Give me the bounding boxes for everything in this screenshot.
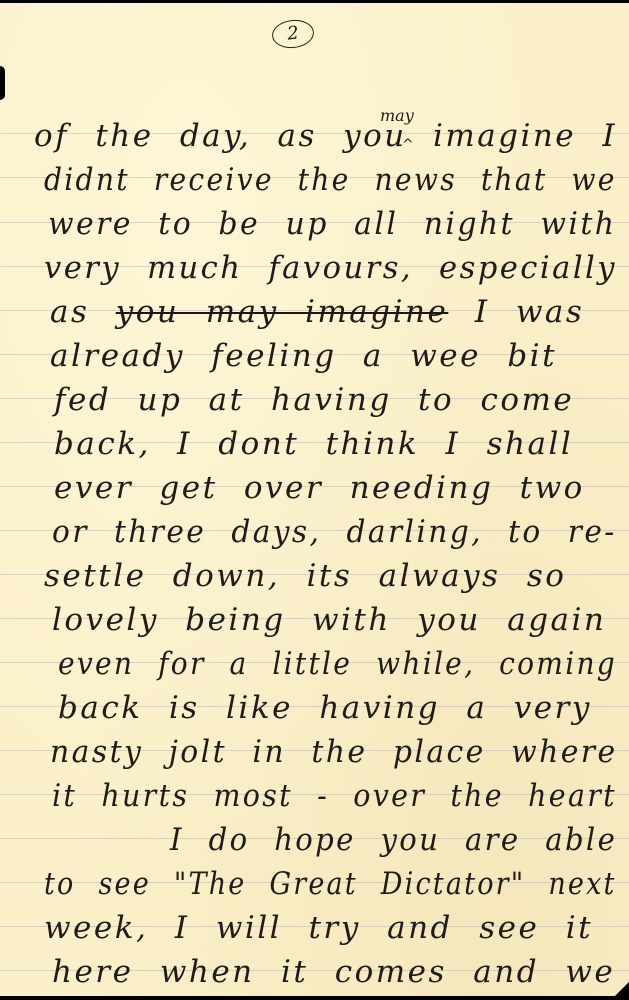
letter-page: 2 of the day, as you imagine I may ^ did… (0, 0, 629, 1000)
handwritten-line-8: back, I dont think I shall (54, 422, 615, 466)
handwritten-line-18: to see "The Great Dictator" next (44, 862, 542, 906)
handwritten-line-17-indented: I do hope you are able (170, 818, 588, 862)
handwritten-line-2: didnt receive the news that we (44, 158, 562, 202)
handwritten-line-12: lovely being with you again (52, 598, 615, 642)
page-number-text: 2 (286, 24, 299, 43)
handwritten-line-7: fed up at having to come (54, 378, 615, 422)
handwritten-line-15: nasty jolt in the place where (50, 730, 594, 774)
handwritten-line-11: settle down, its always so (44, 554, 615, 598)
handwritten-line-3: were to be up all night with (48, 202, 595, 246)
handwritten-line-16: it hurts most - over the heart (52, 774, 569, 818)
scan-edge-bottom (0, 996, 629, 1000)
handwritten-line-9: ever get over needing two (54, 466, 615, 510)
handwritten-line-4: very much favours, especially (44, 246, 607, 290)
inserted-word: may (380, 108, 414, 124)
handwritten-line-10: or three days, darling, to re- (52, 510, 590, 554)
handwritten-line-13: even for a little while, coming (58, 642, 563, 686)
line-5-segment: as (50, 294, 116, 330)
page-number-circled: 2 (271, 18, 316, 50)
line-5-segment: I was (448, 294, 584, 330)
struck-through-text: you may imagine (116, 294, 449, 330)
scan-edge-top (0, 0, 629, 3)
paper-notch (0, 66, 5, 100)
handwritten-line-19: week, I will try and see it (44, 906, 615, 950)
handwritten-line-1: of the day, as you imagine I (34, 114, 614, 158)
handwritten-line-14: back is like having a very (58, 686, 615, 730)
insertion-caret: ^ (402, 138, 414, 152)
handwritten-line-20: here when it comes and we (52, 950, 615, 994)
handwritten-line-5: as you may imagine I was (50, 290, 615, 334)
handwritten-line-6: already feeling a wee bit (50, 334, 615, 378)
